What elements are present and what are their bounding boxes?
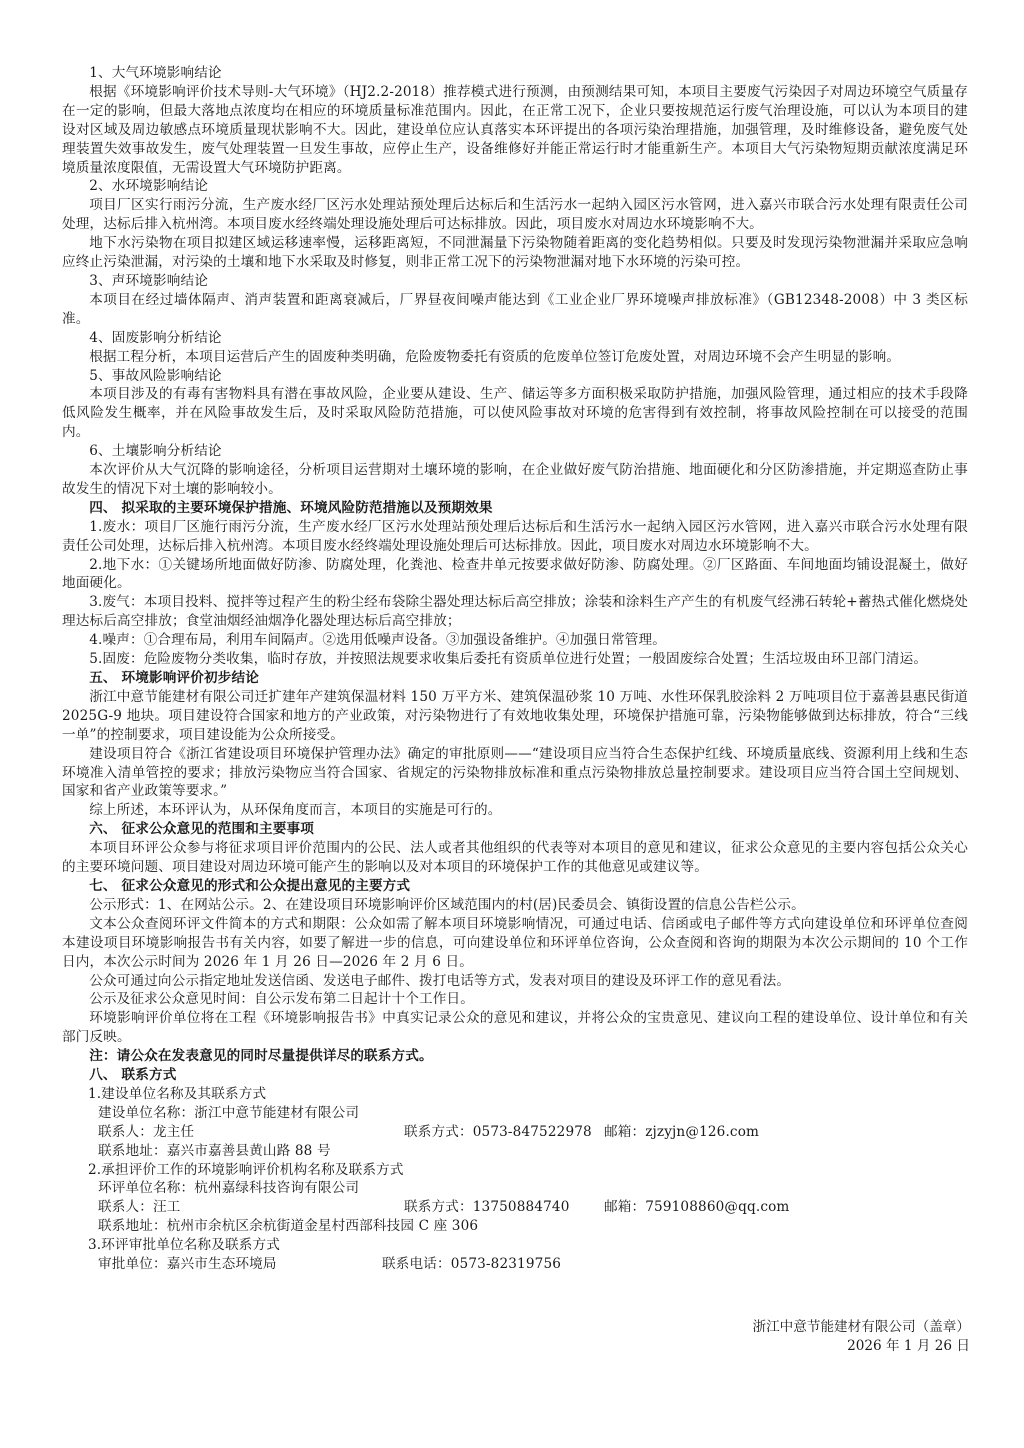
approver-name: 审批单位：嘉兴市生态环境局 (98, 1255, 382, 1274)
measure-exhaust-gas: 3.废气：本项目投料、搅拌等过程产生的粉尘经布袋除尘器处理达标后高空排放；涂装和… (62, 593, 968, 631)
contact-block-builder: 1.建设单位名称及其联系方式 建设单位名称：浙江中意节能建材有限公司 联系人：龙… (62, 1085, 968, 1161)
section-title-measures: 四、 拟采取的主要环境保护措施、环境风险防范措施以及预期效果 (62, 499, 968, 518)
heading-solid-waste-conclusion: 4、固废影响分析结论 (62, 329, 968, 348)
builder-heading: 1.建设单位名称及其联系方式 (62, 1085, 968, 1104)
heading-soil-conclusion: 6、土壤影响分析结论 (62, 442, 968, 461)
builder-phone: 联系方式：0573-847522978 (404, 1123, 604, 1142)
evaluator-heading: 2.承担评价工作的环境影响评价机构名称及联系方式 (62, 1161, 968, 1180)
evaluator-address: 联系地址：杭州市余杭区余杭街道金星村西部科技园 C 座 306 (62, 1217, 968, 1236)
signature-block: 浙江中意节能建材有限公司（盖章） 2026 年 1 月 26 日 (730, 1318, 970, 1356)
evaluator-email: 邮箱：759108860@qq.com (604, 1198, 789, 1217)
paragraph-consultation-period: 文本公众查阅环评文件简本的方式和期限：公众如需了解本项目环境影响情况，可通过电话… (62, 915, 968, 972)
note-contact-details: 注：请公众在发表意见的同时尽量提供详尽的联系方式。 (62, 1047, 968, 1066)
section-title-preliminary-conclusion: 五、 环境影响评价初步结论 (62, 669, 968, 688)
heading-noise-conclusion: 3、声环境影响结论 (62, 272, 968, 291)
notice-document: 1、大气环境影响结论 根据《环境影响评价技术导则-大气环境》（HJ2.2-201… (62, 64, 968, 1274)
contact-block-evaluator: 2.承担评价工作的环境影响评价机构名称及联系方式 环评单位名称：杭州嘉绿科技咨询… (62, 1161, 968, 1237)
measure-groundwater: 2.地下水：①关键场所地面做好防渗、防腐处理，化粪池、检查井单元按要求做好防渗、… (62, 556, 968, 594)
section-title-opinion-methods: 七、 征求公众意见的形式和公众提出意见的主要方式 (62, 877, 968, 896)
paragraph-soil-conclusion: 本次评价从大气沉降的影响途径，分析项目运营期对土壤环境的影响，在企业做好废气防治… (62, 461, 968, 499)
heading-air-conclusion: 1、大气环境影响结论 (62, 64, 968, 83)
paragraph-feedback-channels: 公众可通过向公示指定地址发送信函、发送电子邮件、拨打电话等方式，发表对项目的建设… (62, 972, 968, 991)
paragraph-opinion-recording: 环境影响评价单位将在工程《环境影响报告书》中真实记录公众的意见和建议，并将公众的… (62, 1009, 968, 1047)
paragraph-opinion-time: 公示及征求公众意见时间：自公示发布第二日起计十个工作日。 (62, 990, 968, 1009)
paragraph-water-conclusion: 项目厂区实行雨污分流，生产废水经厂区污水处理站预处理后达标后和生活污水一起纳入园… (62, 196, 968, 234)
signature-date: 2026 年 1 月 26 日 (730, 1337, 970, 1356)
measure-solid-waste: 5.固废：危险废物分类收集，临时存放，并按照法规要求收集后委托有资质单位进行处置… (62, 650, 968, 669)
section-title-opinion-scope: 六、 征求公众意见的范围和主要事项 (62, 820, 968, 839)
paragraph-feasibility: 综上所述，本环评认为，从环保角度而言，本项目的实施是可行的。 (62, 801, 968, 820)
paragraph-project-summary: 浙江中意节能建材有限公司迁扩建年产建筑保温材料 150 万平方米、建筑保温砂浆 … (62, 688, 968, 745)
approver-phone: 联系电话：0573-82319756 (382, 1255, 561, 1274)
signature-company: 浙江中意节能建材有限公司（盖章） (730, 1318, 970, 1337)
builder-email: 邮箱：zjzyjn@126.com (604, 1123, 759, 1142)
paragraph-approval-principle: 建设项目符合《浙江省建设项目环境保护管理办法》确定的审批原则——“建设项目应当符… (62, 745, 968, 802)
paragraph-noise-conclusion: 本项目在经过墙体隔声、消声装置和距离衰减后，厂界昼夜间噪声能达到《工业企业厂界环… (62, 291, 968, 329)
evaluator-contact-person: 联系人：汪工 (98, 1198, 404, 1217)
heading-accident-risk-conclusion: 5、事故风险影响结论 (62, 367, 968, 386)
paragraph-groundwater-conclusion: 地下水污染物在项目拟建区域运移速率慢，运移距离短，不同泄漏量下污染物随着距离的变… (62, 234, 968, 272)
paragraph-opinion-scope: 本项目环评公众参与将征求项目评价范围内的公民、法人或者其他组织的代表等对本项目的… (62, 839, 968, 877)
builder-name: 建设单位名称：浙江中意节能建材有限公司 (62, 1104, 968, 1123)
paragraph-accident-risk-conclusion: 本项目涉及的有毒有害物料具有潜在事故风险，企业要从建设、生产、储运等多方面积极采… (62, 385, 968, 442)
section-title-contacts: 八、 联系方式 (62, 1066, 968, 1085)
builder-contact-person: 联系人：龙主任 (98, 1123, 404, 1142)
evaluator-contact-row: 联系人：汪工 联系方式：13750884740 邮箱：759108860@qq.… (62, 1198, 968, 1217)
paragraph-publicity-form: 公示形式：1、在网站公示。2、在建设项目环境影响评价区域范围内的村(居)民委员会… (62, 896, 968, 915)
approver-heading: 3.环评审批单位名称及联系方式 (62, 1236, 968, 1255)
evaluator-phone: 联系方式：13750884740 (404, 1198, 604, 1217)
evaluator-name: 环评单位名称：杭州嘉绿科技咨询有限公司 (62, 1179, 968, 1198)
contact-block-approver: 3.环评审批单位名称及联系方式 审批单位：嘉兴市生态环境局 联系电话：0573-… (62, 1236, 968, 1274)
builder-contact-row: 联系人：龙主任 联系方式：0573-847522978 邮箱：zjzyjn@12… (62, 1123, 968, 1142)
measure-wastewater: 1.废水：项目厂区施行雨污分流，生产废水经厂区污水处理站预处理后达标后和生活污水… (62, 518, 968, 556)
builder-address: 联系地址：嘉兴市嘉善县黄山路 88 号 (62, 1142, 968, 1161)
paragraph-solid-waste-conclusion: 根据工程分析，本项目运营后产生的固废种类明确，危险废物委托有资质的危废单位签订危… (62, 348, 968, 367)
measure-noise: 4.噪声：①合理布局，利用车间隔声。②选用低噪声设备。③加强设备维护。④加强日常… (62, 631, 968, 650)
heading-water-conclusion: 2、水环境影响结论 (62, 177, 968, 196)
approver-row: 审批单位：嘉兴市生态环境局 联系电话：0573-82319756 (62, 1255, 968, 1274)
paragraph-air-conclusion: 根据《环境影响评价技术导则-大气环境》（HJ2.2-2018）推荐模式进行预测，… (62, 83, 968, 178)
